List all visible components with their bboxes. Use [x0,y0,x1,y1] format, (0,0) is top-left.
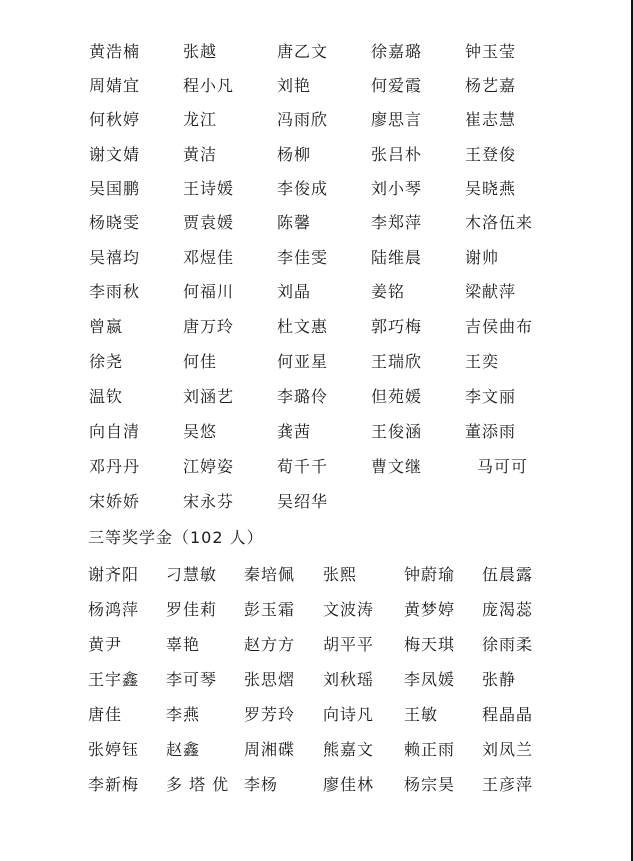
name: 吴绍华 [277,492,328,512]
name: 冯雨欣 [277,110,328,130]
name: 黄梦婷 [404,600,455,620]
name: 邓丹丹 [89,457,140,477]
name: 李郑萍 [371,213,422,233]
name: 黄洁 [183,145,217,165]
name: 刘晶 [277,282,311,302]
name: 木洛伍来 [465,213,533,233]
name: 张越 [183,42,217,62]
name: 吴悠 [183,422,217,442]
name: 杨艺嘉 [465,76,516,96]
name: 王彦萍 [482,775,533,795]
name: 曹文继 [371,457,422,477]
name: 姜铭 [371,282,405,302]
section-title-third-prize: 三等奖学金（102 人） [88,528,264,548]
name: 李新梅 [88,775,139,795]
name: 曾嬴 [89,317,123,337]
name: 赵鑫 [166,740,200,760]
name: 廖思言 [371,110,422,130]
name: 王奕 [465,352,499,372]
name: 陆维晨 [371,248,422,268]
name: 李璐伶 [277,387,328,407]
name: 杨晓雯 [89,213,140,233]
name: 龚茜 [277,422,311,442]
name: 谢齐阳 [88,565,139,585]
name: 温钦 [89,387,123,407]
name: 董添雨 [465,422,516,442]
name: 刘凤兰 [482,740,533,760]
name: 李文丽 [465,387,516,407]
name: 贾袁媛 [183,213,234,233]
name: 郭巧梅 [371,317,422,337]
name: 刁慧敏 [166,565,217,585]
name: 梅天琪 [404,635,455,655]
name: 徐嘉璐 [371,42,422,62]
name: 唐万玲 [183,317,234,337]
name: 梁献萍 [465,282,516,302]
name: 程晶晶 [482,705,533,725]
name: 吴晓燕 [465,179,516,199]
name: 唐佳 [88,705,122,725]
name: 钟蔚瑜 [404,565,455,585]
name: 陈馨 [277,213,311,233]
name: 宋娇娇 [89,492,140,512]
name: 谢文婧 [89,145,140,165]
name: 崔志慧 [465,110,516,130]
name: 李俊成 [277,179,328,199]
name: 杨柳 [277,145,311,165]
name: 龙江 [183,110,217,130]
name: 何秋婷 [89,110,140,130]
name: 王瑞欣 [371,352,422,372]
name: 徐尧 [89,352,123,372]
name: 吴禧均 [89,248,140,268]
name: 多 塔 优 [166,775,229,795]
name: 伍晨露 [482,565,533,585]
name: 周湘碟 [244,740,295,760]
name: 彭玉霜 [244,600,295,620]
name: 胡平平 [323,635,374,655]
name: 黄尹 [88,635,122,655]
name: 张婷钰 [88,740,139,760]
name: 徐雨柔 [482,635,533,655]
name: 熊嘉文 [323,740,374,760]
name: 李凤媛 [404,670,455,690]
name: 李佳雯 [277,248,328,268]
name: 刘秋瑶 [323,670,374,690]
name: 王登俊 [465,145,516,165]
name: 吴国鹏 [89,179,140,199]
name: 黄浩楠 [89,42,140,62]
name: 王俊涵 [371,422,422,442]
name: 王敏 [404,705,438,725]
name: 张思熠 [244,670,295,690]
name: 钟玉莹 [465,42,516,62]
name: 王诗媛 [183,179,234,199]
name: 李杨 [244,775,278,795]
name: 邓煜佳 [183,248,234,268]
name: 何亚星 [277,352,328,372]
name: 周婧宜 [89,76,140,96]
name: 张静 [482,670,516,690]
name: 吉侯曲布 [465,317,533,337]
name: 刘涵艺 [183,387,234,407]
name: 庞渴蕊 [482,600,533,620]
name: 刘小琴 [371,179,422,199]
name: 杜文惠 [277,317,328,337]
name: 杨鸿萍 [88,600,139,620]
name: 何福川 [183,282,234,302]
name: 李燕 [166,705,200,725]
name: 辜艳 [166,635,200,655]
name: 文波涛 [323,600,374,620]
name: 李可琴 [166,670,217,690]
name: 向诗凡 [323,705,374,725]
name: 唐乙文 [277,42,328,62]
name: 杨宗昊 [404,775,455,795]
name: 张熙 [323,565,357,585]
name: 宋永芬 [183,492,234,512]
name: 但苑媛 [371,387,422,407]
name: 廖佳林 [323,775,374,795]
name: 王宇鑫 [88,670,139,690]
name: 何佳 [183,352,217,372]
name: 马可可 [477,457,528,477]
name: 秦培佩 [244,565,295,585]
name: 谢帅 [465,248,499,268]
name: 李雨秋 [89,282,140,302]
name: 江婷姿 [183,457,234,477]
name: 罗芳玲 [244,705,295,725]
name: 赖正雨 [404,740,455,760]
name: 刘艳 [277,76,311,96]
name: 程小凡 [183,76,234,96]
name: 何爱霞 [371,76,422,96]
name: 罗佳莉 [166,600,217,620]
name: 荀千千 [277,457,328,477]
name: 张吕朴 [371,145,422,165]
name: 赵方方 [244,635,295,655]
name: 向自清 [89,422,140,442]
